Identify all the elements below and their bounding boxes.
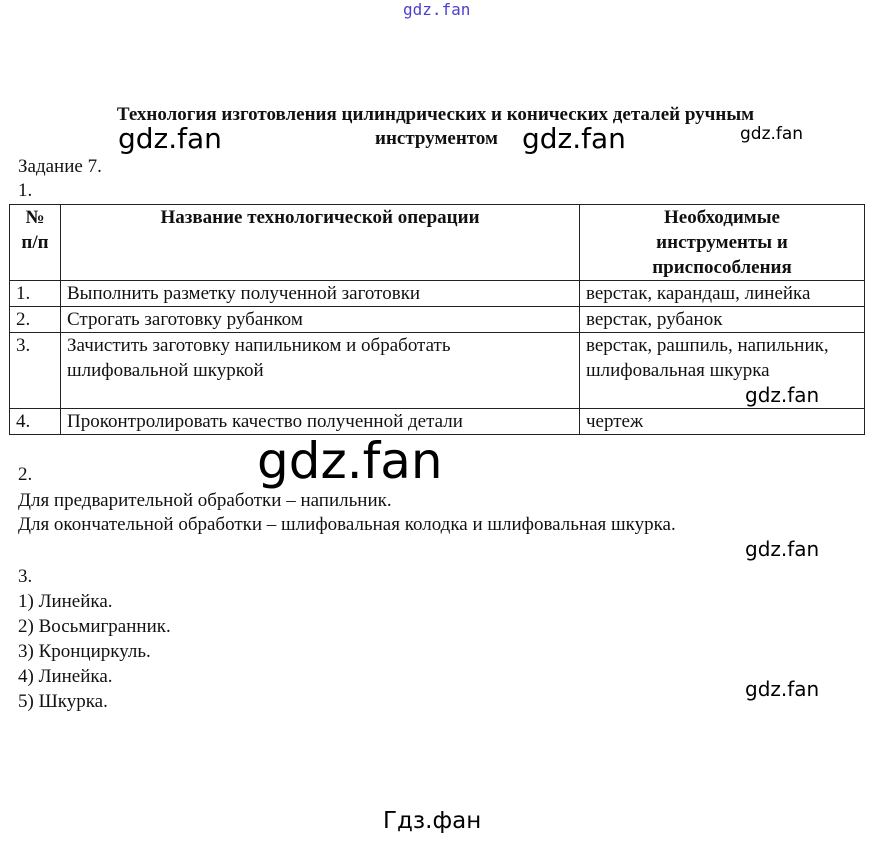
row-tools: верстак, рубанок <box>580 307 865 333</box>
section-2-line: Для окончательной обработки – шлифовальн… <box>18 514 676 536</box>
section-1-number: 1. <box>18 180 32 202</box>
document-title-line2: инструментом <box>375 128 498 150</box>
row-number: 3. <box>10 333 61 409</box>
list-item: 3) Кронциркуль. <box>18 641 151 663</box>
header-number: № п/п <box>10 205 61 281</box>
table-header-row: № п/п Название технологической операции … <box>10 205 865 281</box>
list-item: 2) Восьмигранник. <box>18 616 171 638</box>
section-2-number: 2. <box>18 464 32 486</box>
table-row: 3. Зачистить заготовку напильником и обр… <box>10 333 865 409</box>
list-item: 5) Шкурка. <box>18 691 108 713</box>
row-operation: Проконтролировать качество полученной де… <box>61 409 580 435</box>
watermark-bottom: Гдз.фан <box>383 808 481 834</box>
row-number: 1. <box>10 281 61 307</box>
row-number: 4. <box>10 409 61 435</box>
row-operation: Зачистить заготовку напильником и обрабо… <box>61 333 580 409</box>
table-row: 1. Выполнить разметку полученной заготов… <box>10 281 865 307</box>
header-tools: Необходимые инструменты и приспособления <box>580 205 865 281</box>
row-tools: верстак, рашпиль, напильник, шлифовальна… <box>580 333 865 409</box>
list-item: 1) Линейка. <box>18 591 113 613</box>
table-row: 4. Проконтролировать качество полученной… <box>10 409 865 435</box>
header-operation: Название технологической операции <box>61 205 580 281</box>
list-item: 4) Линейка. <box>18 666 113 688</box>
operations-table: № п/п Название технологической операции … <box>9 204 865 435</box>
row-operation: Строгать заготовку рубанком <box>61 307 580 333</box>
watermark: gdz.fan <box>745 383 819 407</box>
watermark: gdz.fan <box>745 537 819 561</box>
row-number: 2. <box>10 307 61 333</box>
watermark: gdz.fan <box>118 122 222 155</box>
row-tools: верстак, карандаш, линейка <box>580 281 865 307</box>
section-3-number: 3. <box>18 566 32 588</box>
watermark-top: gdz.fan <box>403 0 470 19</box>
row-tools: чертеж <box>580 409 865 435</box>
watermark: gdz.fan <box>522 122 626 155</box>
table-row: 2. Строгать заготовку рубанком верстак, … <box>10 307 865 333</box>
watermark: gdz.fan <box>740 124 803 144</box>
task-label: Задание 7. <box>18 156 102 178</box>
watermark-large: gdz.fan <box>257 432 443 490</box>
row-operation: Выполнить разметку полученной заготовки <box>61 281 580 307</box>
section-2-line: Для предварительной обработки – напильни… <box>18 490 392 512</box>
watermark: gdz.fan <box>745 677 819 701</box>
